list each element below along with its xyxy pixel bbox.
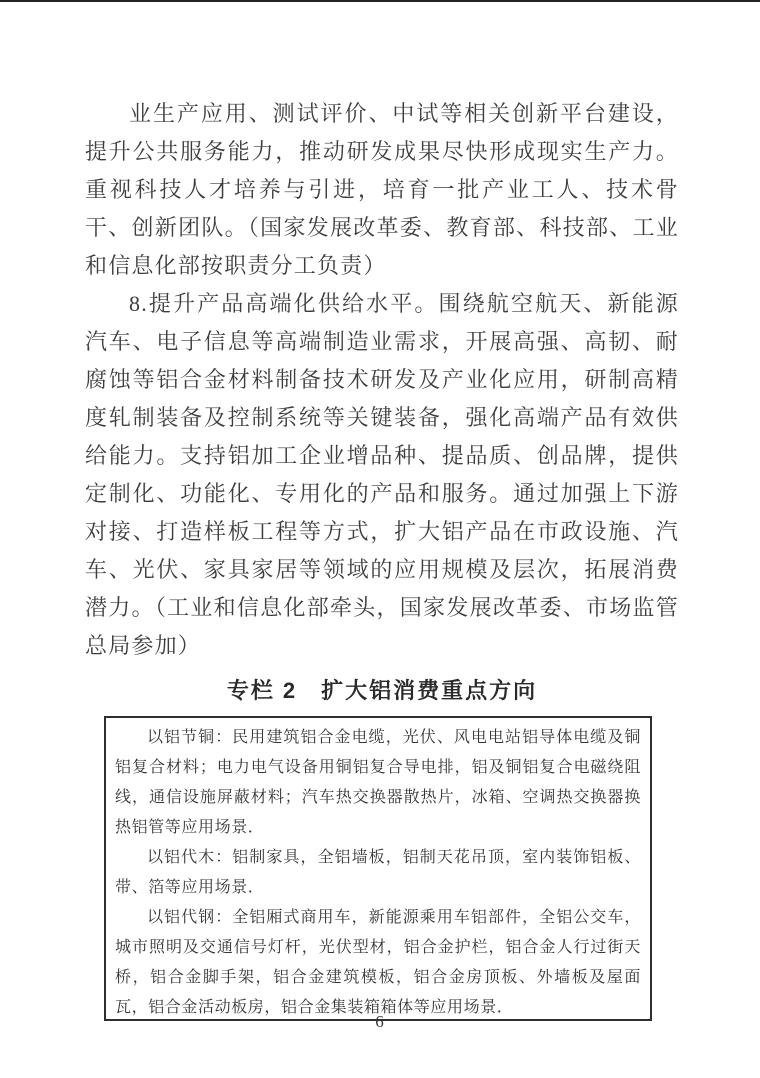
callout-paragraph: 以铝节铜：民用建筑铝合金电缆，光伏、风电电站铝导体电缆及铜铝复合材料；电力电气设… xyxy=(115,723,641,843)
scan-top-edge-line xyxy=(0,0,760,2)
body-paragraph: 8.提升产品高端化供给水平。围绕航空航天、新能源汽车、电子信息等高端制造业需求，… xyxy=(85,285,679,665)
body-paragraph: 业生产应用、测试评价、中试等相关创新平台建设，提升公共服务能力，推动研发成果尽快… xyxy=(85,95,679,285)
callout-box-title: 专栏 2 扩大铝消费重点方向 xyxy=(85,674,679,705)
document-page: 业生产应用、测试评价、中试等相关创新平台建设，提升公共服务能力，推动研发成果尽快… xyxy=(0,0,760,1078)
callout-box: 以铝节铜：民用建筑铝合金电缆，光伏、风电电站铝导体电缆及铜铝复合材料；电力电气设… xyxy=(104,716,652,1021)
page-number: 6 xyxy=(0,1012,760,1032)
page-content: 业生产应用、测试评价、中试等相关创新平台建设，提升公共服务能力，推动研发成果尽快… xyxy=(85,95,679,1021)
callout-paragraph: 以铝代木：铝制家具，全铝墙板，铝制天花吊顶，室内装饰铝板、带、箔等应用场景． xyxy=(115,843,641,903)
body-paragraphs: 业生产应用、测试评价、中试等相关创新平台建设，提升公共服务能力，推动研发成果尽快… xyxy=(85,95,679,665)
callout-paragraph: 以铝代钢：全铝厢式商用车，新能源乘用车铝部件，全铝公交车，城市照明及交通信号灯杆… xyxy=(115,903,641,1021)
